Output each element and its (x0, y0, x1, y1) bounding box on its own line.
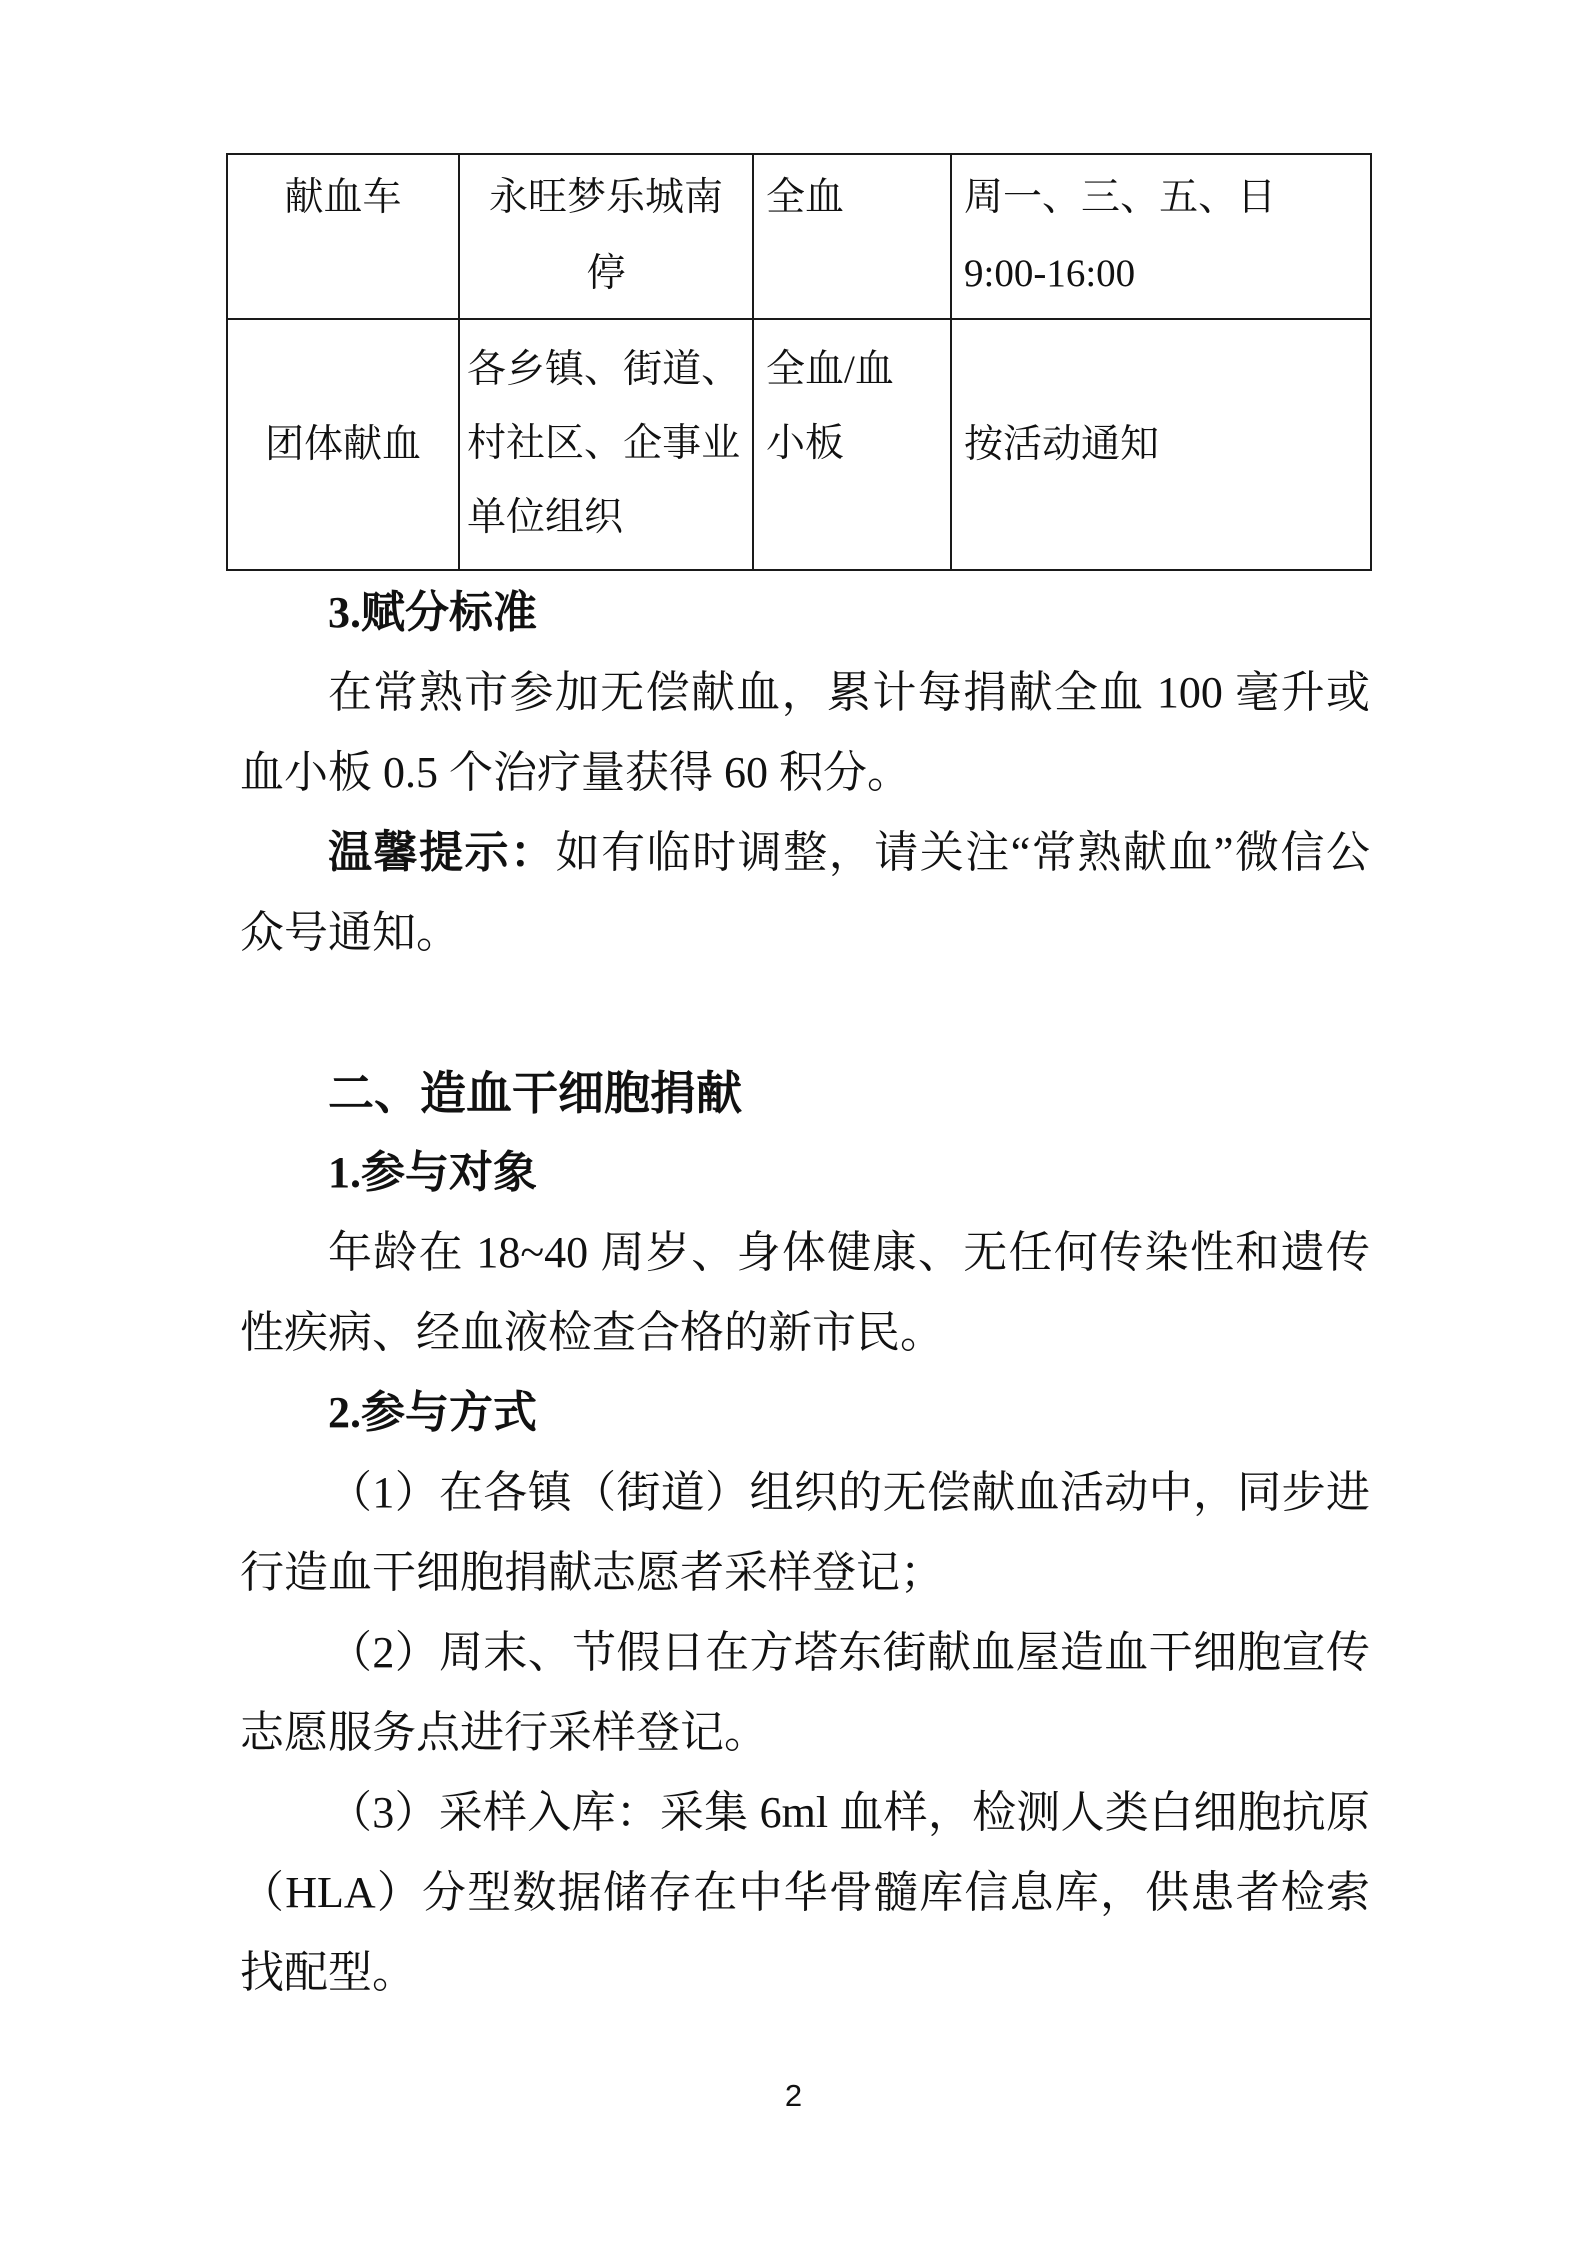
page-number: 2 (0, 2078, 1587, 2114)
table-cell-site-group: 团体献血 (228, 320, 460, 569)
tip-prefix-bold: 温馨提示： (328, 828, 556, 877)
paragraph-method3-line3: 找配型。 (240, 1933, 1370, 2013)
paragraph-tip-line2: 众号通知。 (240, 893, 1370, 973)
location-line: 车场东入口处 (472, 312, 740, 320)
paragraph-scoring-line1: 在常熟市参加无偿献血，累计每捐献全血 100 毫升或献 (240, 653, 1370, 733)
heading-participants: 1.参与对象 (240, 1133, 1370, 1213)
schedule-line: 按活动通知 (964, 408, 1159, 482)
document-page: 献血车 永旺梦乐城南停 车场东入口处 全血 周一、三、五、日 9:00-16:0… (0, 0, 1587, 2245)
paragraph-tip-line1: 温馨提示：如有临时调整，请关注“常熟献血”微信公 (240, 813, 1370, 893)
paragraph-participants-line1: 年龄在 18~40 周岁、身体健康、无任何传染性和遗传 (240, 1213, 1370, 1293)
location-line: 单位组织 (467, 481, 745, 555)
table-cell-location-bloodmobile: 永旺梦乐城南停 车场东入口处 (460, 155, 754, 320)
table-cell-location-group: 各乡镇、街道、 村社区、企事业 单位组织 (460, 320, 754, 569)
table-cell-schedule-bloodmobile: 周一、三、五、日 9:00-16:00 (952, 155, 1370, 320)
table-cell-bloodtype-bloodmobile: 全血 (754, 155, 952, 320)
paragraph-method1-line2: 行造血干细胞捐献志愿者采样登记； (240, 1533, 1370, 1613)
table-cell-site-bloodmobile: 献血车 (228, 155, 460, 320)
paragraph-method3-line1: （3）采样入库：采集 6ml 血样，检测人类白细胞抗原 (240, 1773, 1370, 1853)
site-name: 献血车 (240, 160, 446, 236)
paragraph-method1-line1: （1）在各镇（街道）组织的无偿献血活动中，同步进 (240, 1453, 1370, 1533)
paragraph-method3-line2: （HLA）分型数据储存在中华骨髓库信息库，供患者检索寻 (240, 1853, 1370, 1933)
location-line: 永旺梦乐城南停 (472, 160, 740, 312)
schedule-days-line: 周一、三、五、日 (964, 160, 1358, 236)
schedule-hours-line: 9:00-16:00 (964, 236, 1358, 312)
blank-line (240, 973, 1370, 1053)
table-cell-schedule-group: 按活动通知 (952, 320, 1370, 569)
donation-sites-table: 献血车 永旺梦乐城南停 车场东入口处 全血 周一、三、五、日 9:00-16:0… (226, 153, 1372, 571)
heading-method: 2.参与方式 (240, 1373, 1370, 1453)
heading-scoring-standard: 3.赋分标准 (240, 573, 1370, 653)
tip-text: 如有临时调整，请关注“常熟献血”微信公 (556, 828, 1370, 877)
location-line: 村社区、企事业 (467, 407, 745, 481)
paragraph-method2-line2: 志愿服务点进行采样登记。 (240, 1693, 1370, 1773)
document-body: 3.赋分标准 在常熟市参加无偿献血，累计每捐献全血 100 毫升或献 血小板 0… (240, 573, 1370, 2013)
heading-stem-cell-donation: 二、造血干细胞捐献 (240, 1053, 1370, 1133)
site-name: 团体献血 (265, 408, 421, 482)
paragraph-method2-line1: （2）周末、节假日在方塔东街献血屋造血干细胞宣传 (240, 1613, 1370, 1693)
blood-type-line: 小板 (766, 407, 938, 481)
paragraph-scoring-line2: 血小板 0.5 个治疗量获得 60 积分。 (240, 733, 1370, 813)
table-cell-bloodtype-group: 全血/血 小板 (754, 320, 952, 569)
blood-type-line: 全血 (766, 160, 938, 236)
location-line: 各乡镇、街道、 (467, 333, 745, 407)
paragraph-participants-line2: 性疾病、经血液检查合格的新市民。 (240, 1293, 1370, 1373)
blood-type-line: 全血/血 (766, 333, 938, 407)
